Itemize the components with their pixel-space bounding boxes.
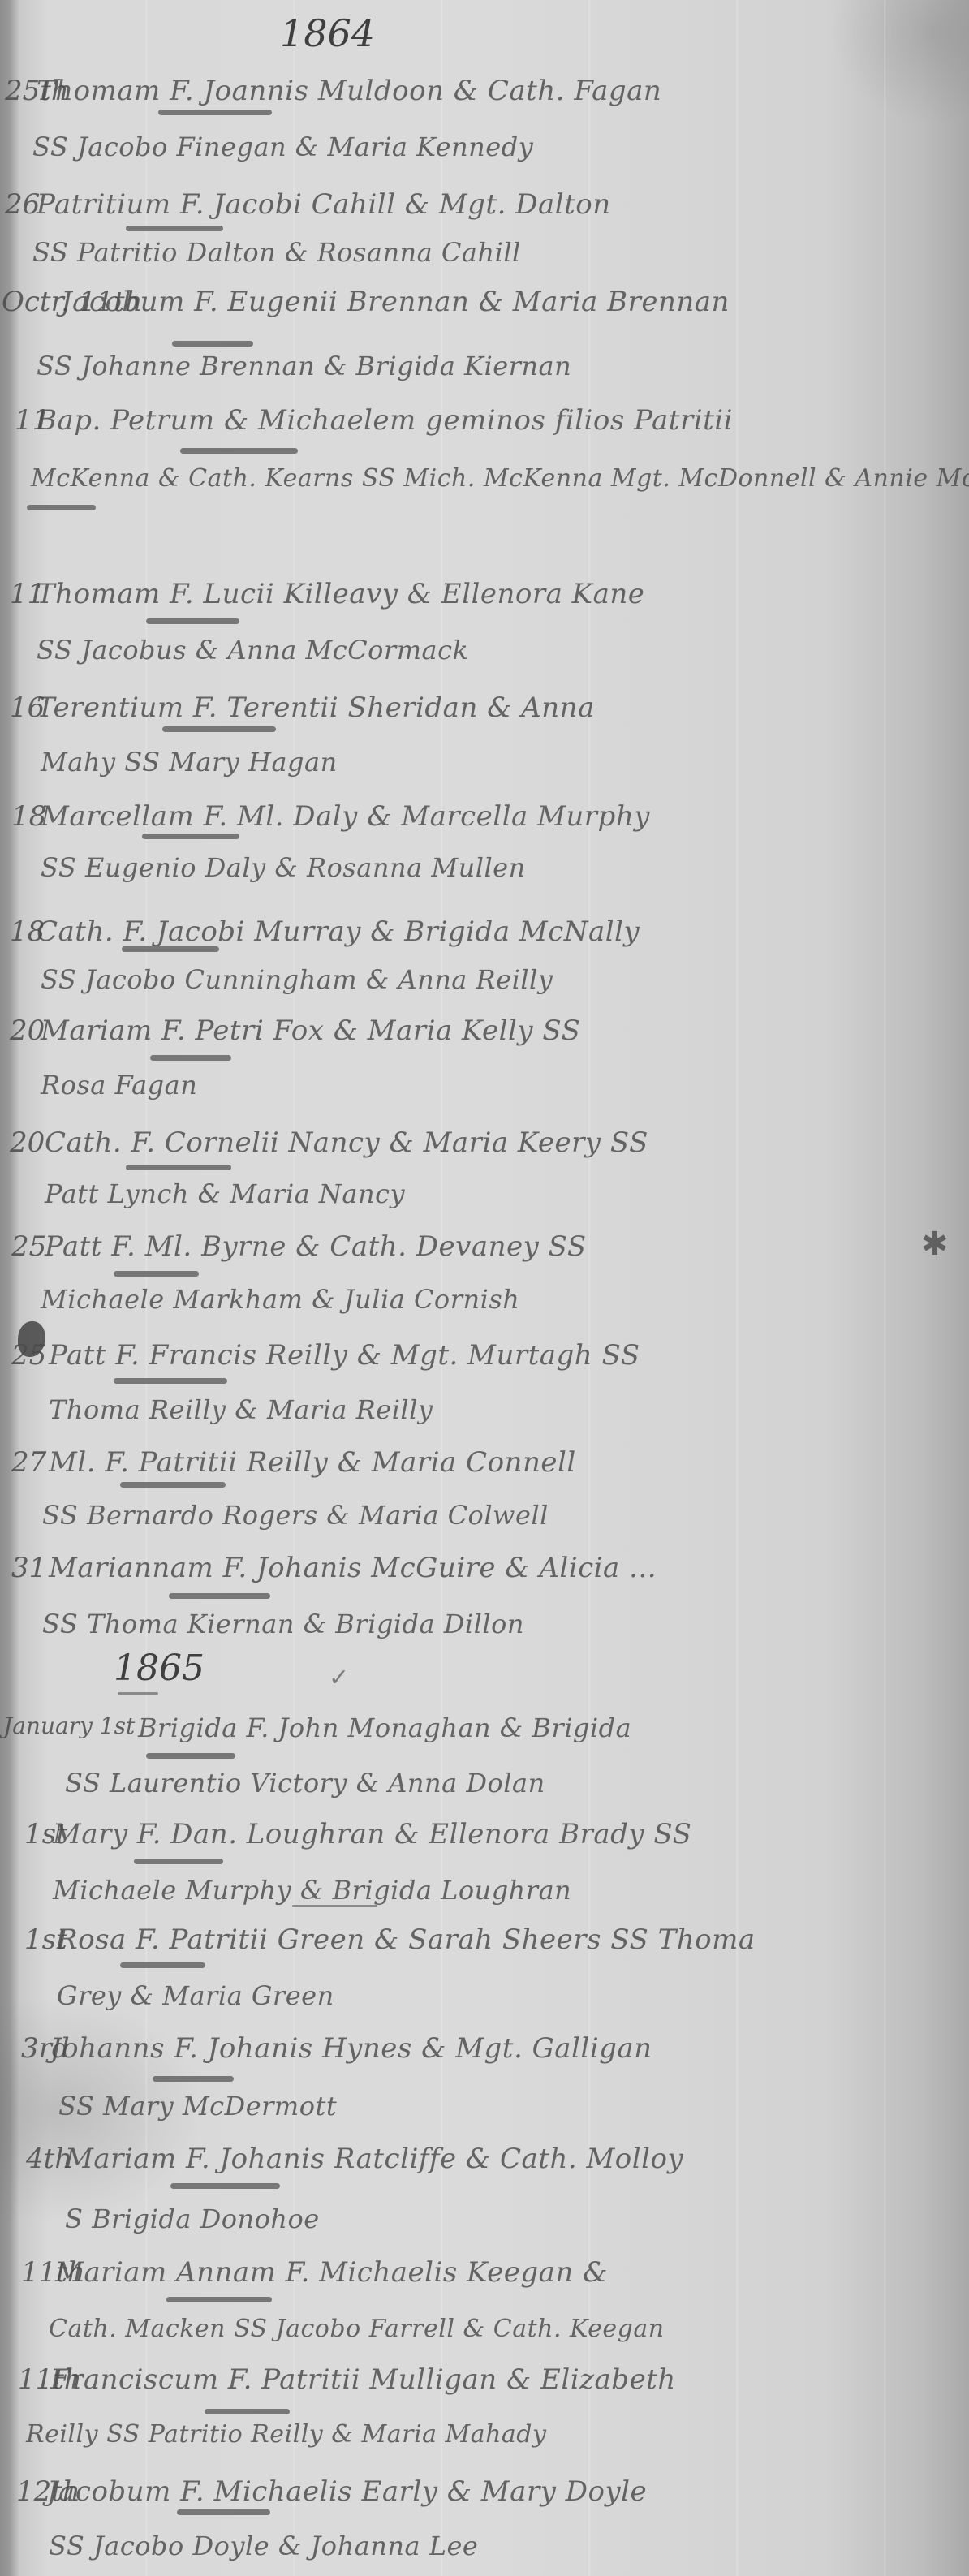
entry-sponsors: SS Johanne Brennan & Brigida Kiernan	[37, 351, 571, 381]
entry-text: Rosa F. Patritii Green & Sarah Sheers SS…	[57, 1923, 756, 1956]
entry-text: Mariam F. Petri Fox & Maria Kelly SS	[41, 1014, 580, 1047]
asterisk-mark: ✱	[921, 1226, 949, 1263]
entry-text: Jacobum F. Michaelis Early & Mary Doyle	[47, 2475, 647, 2508]
surname-underline	[172, 341, 253, 347]
entry-text: Patt F. Ml. Byrne & Cath. Devaney SS	[45, 1230, 587, 1263]
entry-sponsors: Patt Lynch & Maria Nancy	[45, 1178, 405, 1209]
entry-sponsors: SS Jacobo Doyle & Johanna Lee	[49, 2531, 478, 2561]
surname-underline	[120, 1482, 226, 1488]
entry-sponsors: Reilly SS Patritio Reilly & Maria Mahady	[26, 2420, 546, 2449]
entry-sponsors: SS Bernardo Rogers & Maria Colwell	[42, 1500, 549, 1531]
entry-sponsors: SS Patritio Dalton & Rosanna Cahill	[32, 237, 521, 268]
surname-underline	[126, 1165, 231, 1170]
entry-sponsors: Thoma Reilly & Maria Reilly	[49, 1394, 433, 1425]
entry-date: 25	[11, 1230, 46, 1263]
entry-sponsors: Michaele Markham & Julia Cornish	[41, 1284, 519, 1315]
entry-sponsors: S Brigida Donohoe	[65, 2203, 320, 2234]
entry-date: 20	[10, 1126, 45, 1159]
entry-date: 20	[10, 1014, 45, 1047]
surname-underline	[153, 2076, 234, 2082]
surname-underline	[146, 618, 239, 624]
surname-underline	[114, 1271, 199, 1277]
entry-sponsors: Mahy SS Mary Hagan	[41, 747, 338, 778]
surname-underline	[205, 2409, 290, 2414]
surname-underline	[114, 1378, 227, 1384]
entry-text: Patt F. Francis Reilly & Mgt. Murtagh SS	[49, 1339, 640, 1372]
surname-underline	[134, 1859, 223, 1864]
surname-underline	[126, 226, 223, 231]
surname-underline	[146, 1753, 235, 1759]
entry-sponsors: McKenna & Cath. Kearns SS Mich. McKenna …	[31, 464, 969, 493]
entry-sponsors: Michaele Murphy & Brigida Loughran	[53, 1875, 571, 1906]
entry-text: Thomam F. Lucii Killeavy & Ellenora Kane	[37, 578, 644, 610]
entry-text: Marcellam F. Ml. Daly & Marcella Murphy	[41, 800, 650, 833]
surname-underline	[177, 2509, 270, 2515]
surname-underline	[162, 726, 276, 732]
surname-underline	[122, 946, 219, 952]
year-header-1865: 1865	[114, 1648, 205, 1689]
entry-text: Mary F. Dan. Loughran & Ellenora Brady S…	[53, 1818, 691, 1850]
surname-underline	[142, 834, 239, 839]
entry-sponsors: SS Jacobo Finegan & Maria Kennedy	[32, 131, 533, 162]
entry-sponsors: SS Jacobo Cunningham & Anna Reilly	[41, 964, 553, 995]
entry-text: Bap. Petrum & Michaelem geminos filios P…	[37, 404, 733, 437]
entry-text: Thomam F. Joannis Muldoon & Cath. Fagan	[37, 75, 661, 107]
entry-sponsors: SS Thoma Kiernan & Brigida Dillon	[42, 1609, 524, 1639]
entry-text: Mariannam F. Johanis McGuire & Alicia ..…	[49, 1552, 657, 1584]
entry-date: 31	[11, 1552, 46, 1584]
entry-text: Patritium F. Jacobi Cahill & Mgt. Dalton	[37, 188, 611, 221]
surname-underline	[166, 2297, 272, 2302]
entry-sponsors: SS Eugenio Daly & Rosanna Mullen	[41, 852, 526, 883]
register-page: 1864 25th Thomam F. Joannis Muldoon & Ca…	[0, 0, 969, 2576]
surname-underline	[120, 1962, 205, 1968]
entry-date: 26	[5, 188, 40, 221]
entry-text: Jacobum F. Eugenii Brennan & Maria Brenn…	[61, 286, 730, 318]
entry-date: 27	[11, 1446, 46, 1479]
entry-text: Franciscum F. Patritii Mulligan & Elizab…	[50, 2363, 676, 2396]
year-underline	[118, 1692, 158, 1695]
entry-date: 25	[11, 1339, 46, 1372]
entry-text: Johanns F. Johanis Hynes & Mgt. Galligan	[50, 2032, 652, 2065]
entry-sponsors: SS Laurentio Victory & Anna Dolan	[65, 1768, 545, 1798]
entry-sponsors: Grey & Maria Green	[57, 1980, 334, 2011]
entry-sponsors: Cath. Macken SS Jacobo Farrell & Cath. K…	[49, 2315, 665, 2343]
entry-sponsors: SS Jacobus & Anna McCormack	[37, 635, 468, 666]
surname-underline	[150, 1055, 231, 1061]
year-header-1864: 1864	[280, 11, 375, 55]
entry-text: Cath. F. Cornelii Nancy & Maria Keery SS	[45, 1126, 648, 1159]
entry-text: Ml. F. Patritii Reilly & Maria Connell	[49, 1446, 576, 1479]
entry-sponsors: SS Mary McDermott	[58, 2091, 337, 2122]
surname-underline	[180, 448, 298, 454]
entry-sponsors: Rosa Fagan	[41, 1070, 197, 1101]
entry-date: January 1st	[3, 1712, 135, 1739]
surname-underline	[292, 1905, 377, 1907]
surname-underline	[170, 2183, 280, 2189]
surname-underline	[169, 1593, 270, 1599]
surname-underline	[27, 505, 96, 510]
entry-text: Brigida F. John Monaghan & Brigida	[138, 1712, 631, 1743]
entry-text: Cath. F. Jacobi Murray & Brigida McNally	[37, 915, 640, 948]
entry-text: Mariam F. Johanis Ratcliffe & Cath. Moll…	[65, 2143, 683, 2175]
entry-text: Mariam Annam F. Michaelis Keegan &	[55, 2256, 608, 2289]
check-mark: ✓	[329, 1664, 349, 1692]
surname-underline	[158, 110, 272, 115]
entry-text: Terentium F. Terentii Sheridan & Anna	[37, 691, 595, 724]
